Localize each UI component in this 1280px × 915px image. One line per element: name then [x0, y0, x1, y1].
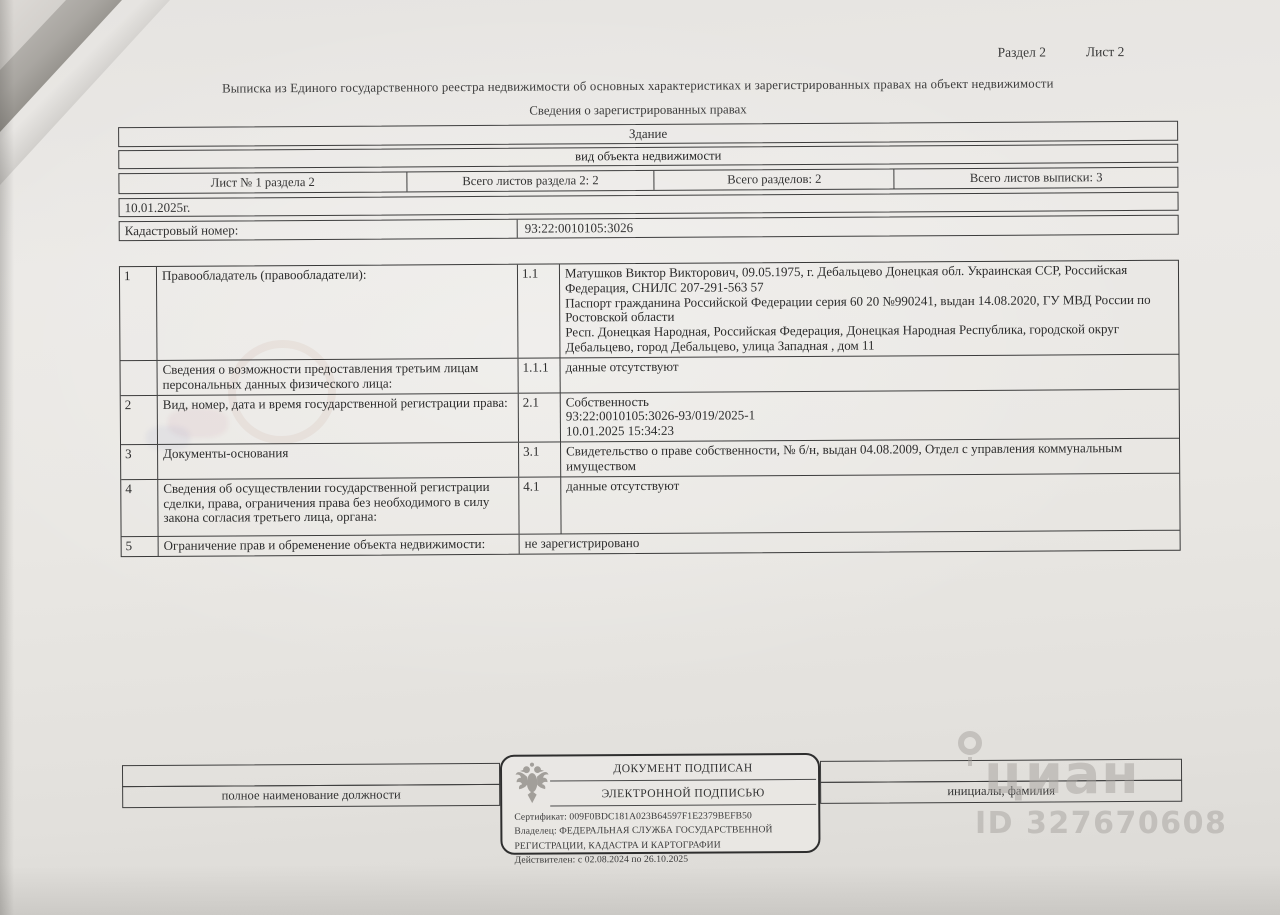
signature-position-block: полное наименование должности	[122, 763, 500, 808]
row-value: Матушков Виктор Викторович, 09.05.1975, …	[560, 261, 1179, 358]
sheet-info-cell: Всего разделов: 2	[655, 169, 895, 189]
stamp-title-line2: ЭЛЕКТРОННОЙ ПОДПИСЬЮ	[550, 780, 816, 807]
sheet-info-cell: Всего листов раздела 2: 2	[407, 171, 655, 192]
section-label: Раздел 2	[998, 45, 1046, 61]
row-number: 4	[121, 480, 158, 536]
stamp-title-line1: ДОКУМЕНТ ПОДПИСАН	[550, 755, 816, 782]
section-sheet-header: Раздел 2 Лист 2	[998, 44, 1188, 61]
row-label: Сведения об осуществлении государственно…	[158, 477, 519, 535]
document-title: Выписка из Единого государственного реес…	[98, 76, 1178, 98]
table-row: 4 Сведения об осуществлении государствен…	[121, 473, 1179, 536]
rights-table: 1 Правообладатель (правообладатели): 1.1…	[119, 260, 1181, 557]
row-number: 3	[121, 445, 158, 479]
row-value: Свидетельство о праве собственности, № б…	[561, 439, 1179, 476]
cadastral-row: Кадастровый номер: 93:22:0010105:3026	[119, 215, 1179, 241]
sheet-info-cell: Лист № 1 раздела 2	[119, 172, 407, 193]
sheet-label: Лист 2	[1086, 44, 1125, 60]
stamp-validity: Действителен: с 02.08.2024 по 26.10.2025	[515, 852, 811, 868]
value-line: Матушков Виктор Викторович, 09.05.1975, …	[565, 263, 1173, 296]
row-label: Документы-основания	[158, 443, 519, 479]
stamp-owner-line1: Владелец: ФЕДЕРАЛЬНАЯ СЛУЖБА ГОСУДАРСТВЕ…	[514, 823, 810, 839]
row-number	[121, 361, 158, 395]
stamp-details: Сертификат: 009F0BDC181A023B64597F1E2379…	[502, 805, 818, 868]
row-label: Ограничение прав и обременение объекта н…	[159, 534, 520, 555]
row-label: Вид, номер, дата и время государственной…	[158, 393, 519, 444]
row-value: данные отсутствуют	[561, 355, 1179, 392]
eagle-emblem-icon	[513, 760, 551, 806]
row-label: Правообладатель (правообладатели):	[157, 265, 519, 360]
value-line: Респ. Донецкая Народная, Российская Феде…	[565, 322, 1173, 355]
row-subnumber: 3.1	[519, 443, 561, 477]
sheet-info-cell: Всего листов выписки: 3	[895, 168, 1178, 189]
row-value: Собственность 93:22:0010105:3026-93/019/…	[561, 389, 1179, 441]
row-value: данные отсутствуют	[561, 473, 1179, 533]
object-type: Здание	[118, 121, 1178, 147]
extract-date: 10.01.2025г.	[119, 192, 1179, 217]
row-number: 2	[121, 396, 158, 445]
cadastral-label: Кадастровый номер:	[120, 220, 518, 240]
position-caption: полное наименование должности	[122, 783, 500, 807]
cian-watermark: циан	[984, 748, 1140, 802]
table-row: 1 Правообладатель (правообладатели): 1.1…	[120, 261, 1179, 361]
document-subtitle: Сведения о зарегистрированных правах	[98, 100, 1178, 122]
table-row: 2 Вид, номер, дата и время государственн…	[121, 389, 1179, 445]
digital-signature-stamp: ДОКУМЕНТ ПОДПИСАН ЭЛЕКТРОННОЙ ПОДПИСЬЮ С…	[500, 753, 821, 855]
object-type-caption: вид объекта недвижимости	[118, 144, 1178, 169]
row-number: 5	[122, 537, 159, 556]
sheet-info-row: Лист № 1 раздела 2 Всего листов раздела …	[118, 167, 1178, 194]
row-number: 1	[120, 267, 158, 360]
listing-id-watermark: ID 327670608	[975, 806, 1227, 841]
row-subnumber: 2.1	[519, 393, 561, 442]
row-label: Сведения о возможности предоставления тр…	[158, 359, 519, 395]
value-line: 10.01.2025 15:34:23	[566, 421, 1174, 440]
row-subnumber: 4.1	[519, 477, 561, 533]
cian-pin-icon	[958, 731, 982, 755]
row-subnumber: 1.1	[518, 264, 561, 357]
cadastral-number: 93:22:0010105:3026	[518, 216, 1178, 238]
scanned-document-page: Раздел 2 Лист 2 Выписка из Единого госуд…	[0, 0, 1280, 915]
row-subnumber: 1.1.1	[519, 358, 561, 392]
row-value: не зарегистрировано	[520, 530, 1180, 553]
